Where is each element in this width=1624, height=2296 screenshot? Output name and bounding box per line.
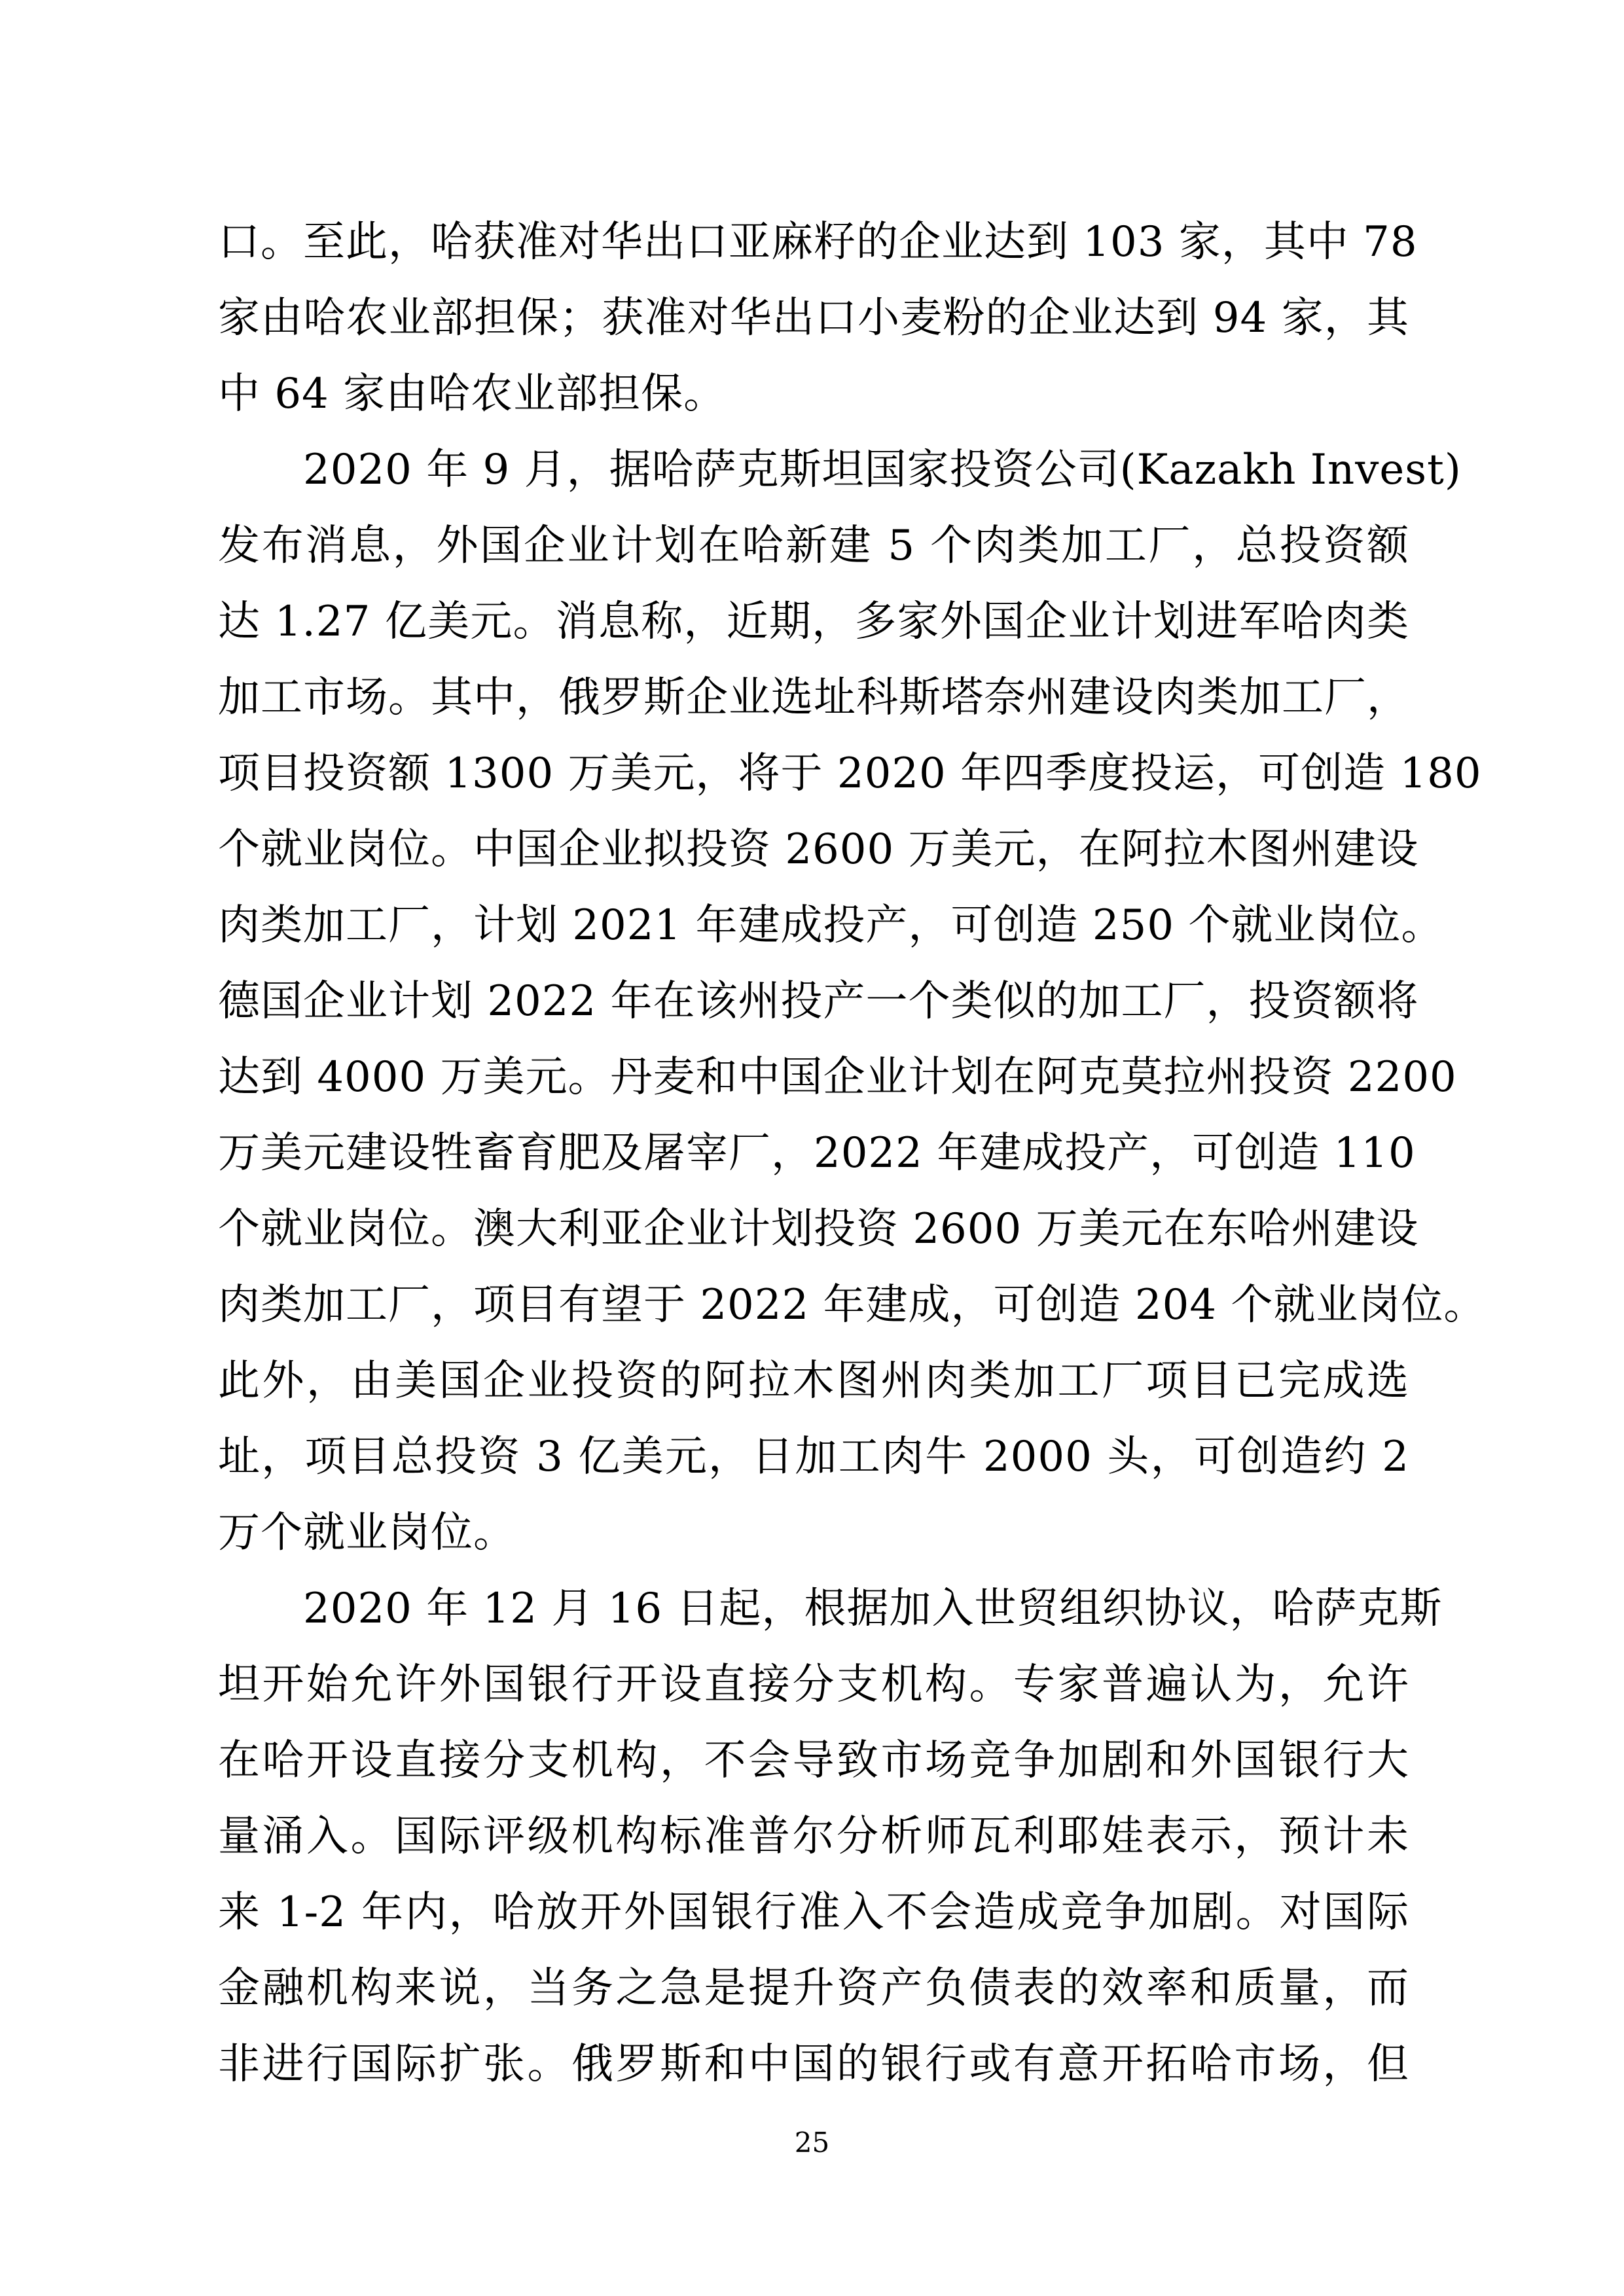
document-body: 口。至此，哈获准对华出口亚麻籽的企业达到 103 家，其中 78家由哈农业部担保…: [218, 204, 1409, 2102]
text-line: 个就业岗位。中国企业拟投资 2600 万美元，在阿拉木图州建设: [218, 812, 1409, 888]
text-line: 达到 4000 万美元。丹麦和中国企业计划在阿克莫拉州投资 2200: [218, 1039, 1409, 1115]
text-line: 肉类加工厂，项目有望于 2022 年建成，可创造 204 个就业岗位。: [218, 1267, 1409, 1343]
text-line: 坦开始允许外国银行开设直接分支机构。专家普遍认为，允许: [218, 1647, 1409, 1723]
text-line: 家由哈农业部担保；获准对华出口小麦粉的企业达到 94 家，其: [218, 280, 1409, 356]
text-line: 口。至此，哈获准对华出口亚麻籽的企业达到 103 家，其中 78: [218, 204, 1409, 280]
page-number: 25: [795, 2126, 829, 2159]
page-footer: 25: [0, 2125, 1624, 2161]
text-line: 万个就业岗位。: [218, 1495, 1409, 1571]
text-line: 德国企业计划 2022 年在该州投产一个类似的加工厂，投资额将: [218, 963, 1409, 1039]
text-line: 肉类加工厂，计划 2021 年建成投产，可创造 250 个就业岗位。: [218, 888, 1409, 963]
text-line: 中 64 家由哈农业部担保。: [218, 356, 1409, 432]
text-line: 加工市场。其中，俄罗斯企业选址科斯塔奈州建设肉类加工厂，: [218, 660, 1409, 736]
text-line: 量涌入。国际评级机构标准普尔分析师瓦利耶娃表示，预计未: [218, 1799, 1409, 1874]
text-line: 2020 年 9 月，据哈萨克斯坦国家投资公司(Kazakh Invest): [218, 432, 1409, 508]
text-line: 来 1-2 年内，哈放开外国银行准入不会造成竞争加剧。对国际: [218, 1874, 1409, 1950]
document-page: 口。至此，哈获准对华出口亚麻籽的企业达到 103 家，其中 78家由哈农业部担保…: [0, 0, 1624, 2296]
text-line: 址，项目总投资 3 亿美元，日加工肉牛 2000 头，可创造约 2: [218, 1419, 1409, 1495]
text-line: 此外，由美国企业投资的阿拉木图州肉类加工厂项目已完成选: [218, 1343, 1409, 1419]
text-line: 金融机构来说，当务之急是提升资产负债表的效率和质量，而: [218, 1950, 1409, 2026]
text-line: 项目投资额 1300 万美元，将于 2020 年四季度投运，可创造 180: [218, 736, 1409, 812]
text-line: 个就业岗位。澳大利亚企业计划投资 2600 万美元在东哈州建设: [218, 1191, 1409, 1267]
paragraph-2: 2020 年 9 月，据哈萨克斯坦国家投资公司(Kazakh Invest)发布…: [218, 432, 1409, 1571]
paragraph-1: 口。至此，哈获准对华出口亚麻籽的企业达到 103 家，其中 78家由哈农业部担保…: [218, 204, 1409, 432]
text-line: 非进行国际扩张。俄罗斯和中国的银行或有意开拓哈市场，但: [218, 2026, 1409, 2102]
text-line: 万美元建设牲畜育肥及屠宰厂，2022 年建成投产，可创造 110: [218, 1115, 1409, 1191]
text-line: 达 1.27 亿美元。消息称，近期，多家外国企业计划进军哈肉类: [218, 584, 1409, 660]
text-line: 发布消息，外国企业计划在哈新建 5 个肉类加工厂，总投资额: [218, 508, 1409, 584]
paragraph-3: 2020 年 12 月 16 日起，根据加入世贸组织协议，哈萨克斯坦开始允许外国…: [218, 1571, 1409, 2102]
text-line: 在哈开设直接分支机构，不会导致市场竞争加剧和外国银行大: [218, 1723, 1409, 1799]
text-line: 2020 年 12 月 16 日起，根据加入世贸组织协议，哈萨克斯: [218, 1571, 1409, 1647]
